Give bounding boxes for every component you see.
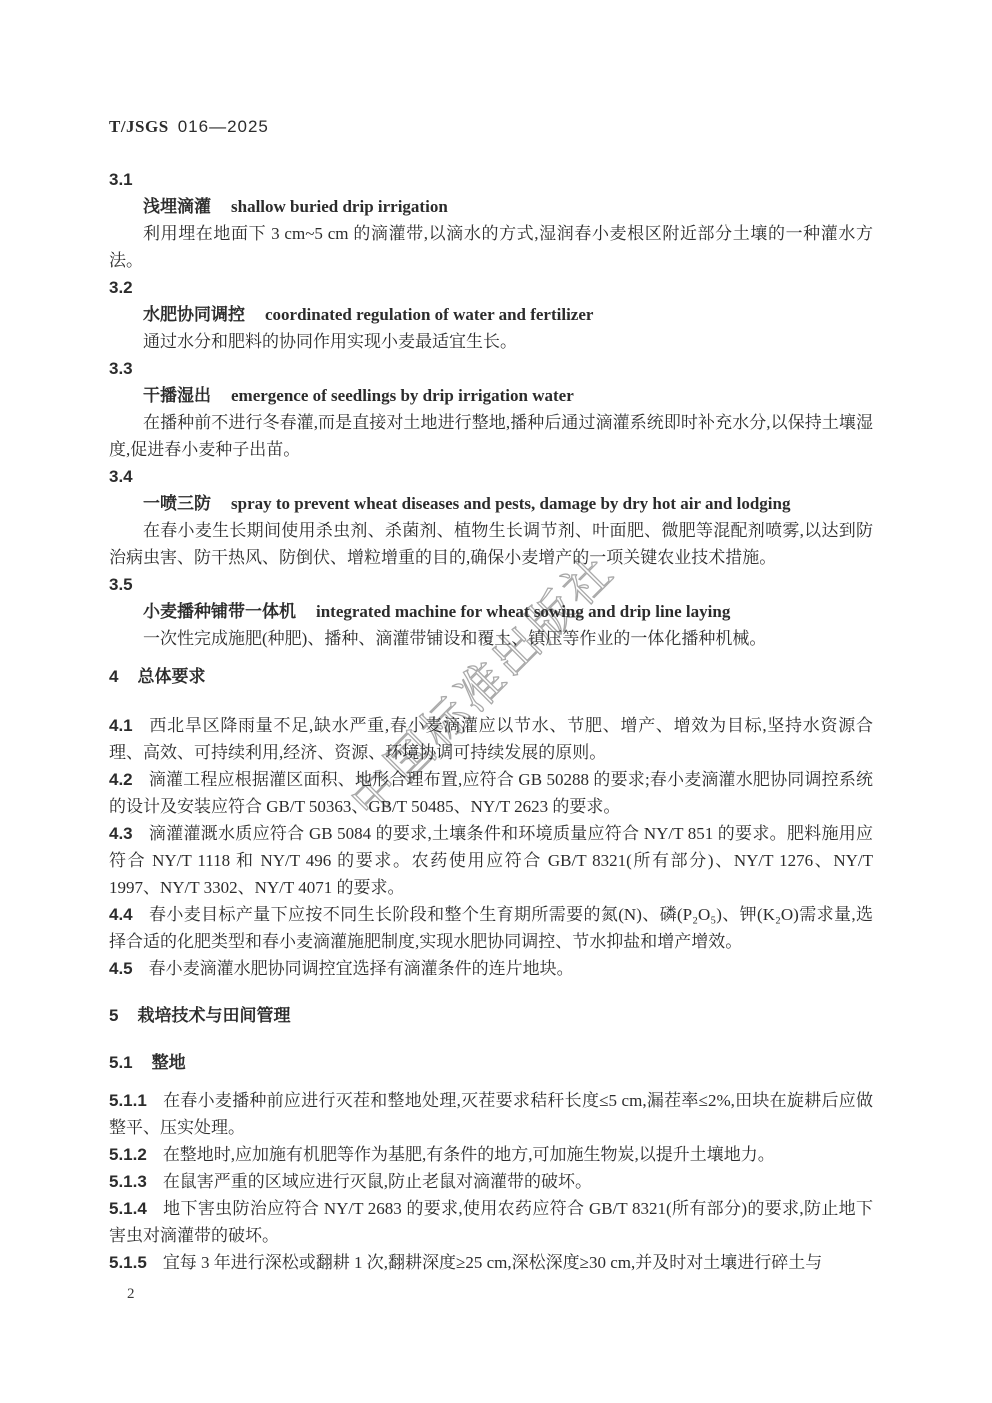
term-heading: 水肥协同调控coordinated regulation of water an… [109,301,873,328]
clause: 5.1.1在春小麦播种前应进行灭茬和整地处理,灭茬要求秸秆长度≤5 cm,漏茬率… [109,1087,873,1141]
section-5-1-heading: 5.1整地 [109,1049,873,1077]
term-title-cn: 干播湿出 [143,386,211,405]
term-number: 3.1 [109,166,873,193]
clause: 5.1.2在整地时,应加施有机肥等作为基肥,有条件的地方,可加施生物炭,以提升土… [109,1141,873,1168]
clause-text: 春小麦滴灌水肥协同调控宜选择有滴灌条件的连片地块。 [149,959,574,978]
clause: 4.2滴灌工程应根据灌区面积、地形合理布置,应符合 GB 50288 的要求;春… [109,766,873,820]
term-heading: 小麦播种铺带一体机integrated machine for wheat so… [109,598,873,625]
term-item: 3.4 一喷三防spray to prevent wheat diseases … [109,463,873,571]
section-5-heading: 5栽培技术与田间管理 [109,1002,873,1030]
subsection-title: 整地 [152,1053,186,1072]
standard-code-header: T/JSGS016—2025 [109,113,873,141]
clause-number: 5.1.1 [109,1091,147,1110]
clause-number: 5.1.4 [109,1199,147,1218]
term-item: 3.3 干播湿出emergence of seedlings by drip i… [109,355,873,463]
clause-text: 在整地时,应加施有机肥等作为基肥,有条件的地方,可加施生物炭,以提升土壤地力。 [163,1145,775,1164]
clause-text: 地下害虫防治应符合 NY/T 2683 的要求,使用农药应符合 GB/T 832… [109,1199,873,1245]
section-title: 总体要求 [137,667,205,686]
term-title-en: spray to prevent wheat diseases and pest… [231,494,791,513]
term-heading: 干播湿出emergence of seedlings by drip irrig… [109,382,873,409]
clause: 4.5春小麦滴灌水肥协同调控宜选择有滴灌条件的连片地块。 [109,955,873,982]
clause-number: 5.1.5 [109,1253,147,1272]
clause: 4.1西北旱区降雨量不足,缺水严重,春小麦滴灌应以节水、节肥、增产、增效为目标,… [109,712,873,766]
page-content: T/JSGS016—2025 3.1 浅埋滴灌shallow buried dr… [109,113,873,1276]
term-definition: 在春小麦生长期间使用杀虫剂、杀菌剂、植物生长调节剂、叶面肥、微肥等混配剂喷雾,以… [109,517,873,571]
term-title-cn: 一喷三防 [143,494,211,513]
term-number: 3.5 [109,571,873,598]
standard-year: 016—2025 [178,117,269,136]
term-heading: 一喷三防spray to prevent wheat diseases and … [109,490,873,517]
term-number: 3.4 [109,463,873,490]
clause-number: 4.5 [109,959,133,978]
term-item: 3.1 浅埋滴灌shallow buried drip irrigation 利… [109,166,873,274]
term-definition: 通过水分和肥料的协同作用实现小麦最适宜生长。 [109,328,873,355]
clause-text: 滴灌灌溉水质应符合 GB 5084 的要求,土壤条件和环境质量应符合 NY/T … [109,824,873,897]
standard-code: T/JSGS [109,117,169,136]
clause: 4.3滴灌灌溉水质应符合 GB 5084 的要求,土壤条件和环境质量应符合 NY… [109,820,873,901]
clause-text: 春小麦目标产量下应按不同生长阶段和整个生育期所需要的氮(N)、磷(P₂O₅)、钾… [109,905,873,951]
clause-text: 西北旱区降雨量不足,缺水严重,春小麦滴灌应以节水、节肥、增产、增效为目标,坚持水… [109,716,873,762]
term-heading: 浅埋滴灌shallow buried drip irrigation [109,193,873,220]
clause: 5.1.4地下害虫防治应符合 NY/T 2683 的要求,使用农药应符合 GB/… [109,1195,873,1249]
section-number: 5 [109,1006,118,1025]
clause-number: 4.1 [109,716,133,735]
clause-number: 4.3 [109,824,133,843]
clause-number: 4.2 [109,770,133,789]
term-title-cn: 小麦播种铺带一体机 [143,602,296,621]
term-title-en: integrated machine for wheat sowing and … [316,602,730,621]
section-number: 4 [109,667,118,686]
clause: 5.1.3在鼠害严重的区域应进行灭鼠,防止老鼠对滴灌带的破坏。 [109,1168,873,1195]
section-4-body: 4.1西北旱区降雨量不足,缺水严重,春小麦滴灌应以节水、节肥、增产、增效为目标,… [109,712,873,982]
clause-number: 5.1.3 [109,1172,147,1191]
term-definition: 在播种前不进行冬春灌,而是直接对土地进行整地,播种后通过滴灌系统即时补充水分,以… [109,409,873,463]
clause-text: 滴灌工程应根据灌区面积、地形合理布置,应符合 GB 50288 的要求;春小麦滴… [109,770,873,816]
term-title-cn: 水肥协同调控 [143,305,245,324]
section-title: 栽培技术与田间管理 [137,1006,290,1025]
term-title-en: emergence of seedlings by drip irrigatio… [231,386,574,405]
terms-section: 3.1 浅埋滴灌shallow buried drip irrigation 利… [109,166,873,652]
term-title-en: shallow buried drip irrigation [231,197,448,216]
term-definition: 利用埋在地面下 3 cm~5 cm 的滴灌带,以滴水的方式,湿润春小麦根区附近部… [109,220,873,274]
term-item: 3.2 水肥协同调控coordinated regulation of wate… [109,274,873,355]
section-4-heading: 4总体要求 [109,663,873,691]
term-item: 3.5 小麦播种铺带一体机integrated machine for whea… [109,571,873,652]
section-5-1-body: 5.1.1在春小麦播种前应进行灭茬和整地处理,灭茬要求秸秆长度≤5 cm,漏茬率… [109,1087,873,1276]
clause: 5.1.5宜每 3 年进行深松或翻耕 1 次,翻耕深度≥25 cm,深松深度≥3… [109,1249,873,1276]
subsection-number: 5.1 [109,1053,133,1072]
clause-text: 宜每 3 年进行深松或翻耕 1 次,翻耕深度≥25 cm,深松深度≥30 cm,… [163,1253,822,1272]
term-number: 3.3 [109,355,873,382]
term-title-cn: 浅埋滴灌 [143,197,211,216]
clause-text: 在鼠害严重的区域应进行灭鼠,防止老鼠对滴灌带的破坏。 [163,1172,592,1191]
clause-number: 4.4 [109,905,133,924]
clause-text: 在春小麦播种前应进行灭茬和整地处理,灭茬要求秸秆长度≤5 cm,漏茬率≤2%,田… [109,1091,873,1137]
document-page: 中国标准出版社 T/JSGS016—2025 3.1 浅埋滴灌shallow b… [0,0,992,1403]
page-number: 2 [127,1284,135,1304]
term-title-en: coordinated regulation of water and fert… [265,305,593,324]
clause-number: 5.1.2 [109,1145,147,1164]
term-definition: 一次性完成施肥(种肥)、播种、滴灌带铺设和覆土、镇压等作业的一体化播种机械。 [109,625,873,652]
term-number: 3.2 [109,274,873,301]
clause: 4.4春小麦目标产量下应按不同生长阶段和整个生育期所需要的氮(N)、磷(P₂O₅… [109,901,873,955]
